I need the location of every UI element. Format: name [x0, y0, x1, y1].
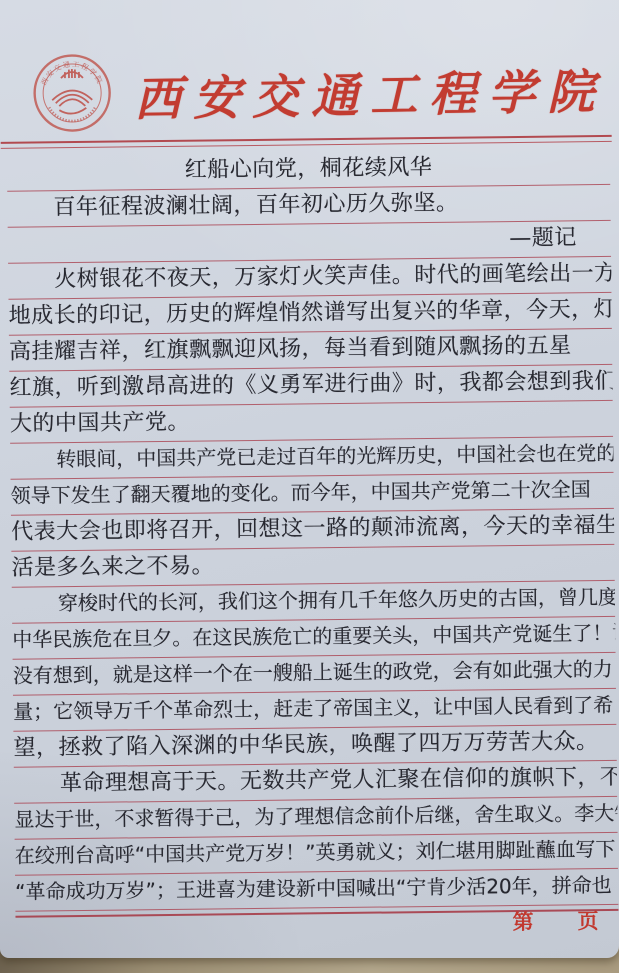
photo-of-document: { "header": { "school_name": "西安交通工程学院",… — [0, 0, 619, 973]
school-name-calligraphy: 西安交通工程学院 — [134, 52, 603, 132]
sheet-content: 西安交通工程学院 西安交通工程学院 红船心向党，桐花续风华 百年征程波澜壮阔，百… — [0, 0, 619, 958]
letterhead-paper: 西安交通工程学院 西安交通工程学院 红船心向党，桐花续风华 百年征程波澜壮阔，百… — [0, 0, 619, 958]
school-seal-icon: 西安交通工程学院 — [32, 53, 113, 134]
page-number-footer: 第 页 — [512, 905, 600, 936]
page-label-prefix: 第 — [512, 906, 535, 936]
ruled-writing-area: 红船心向党，桐花续风华 百年征程波澜壮阔，百年初心历久弥坚。 —题记 火树银花不… — [7, 149, 619, 918]
page-label-suffix: 页 — [577, 905, 600, 935]
seal-bridge-motif — [52, 69, 93, 114]
desk-surface — [0, 957, 619, 973]
